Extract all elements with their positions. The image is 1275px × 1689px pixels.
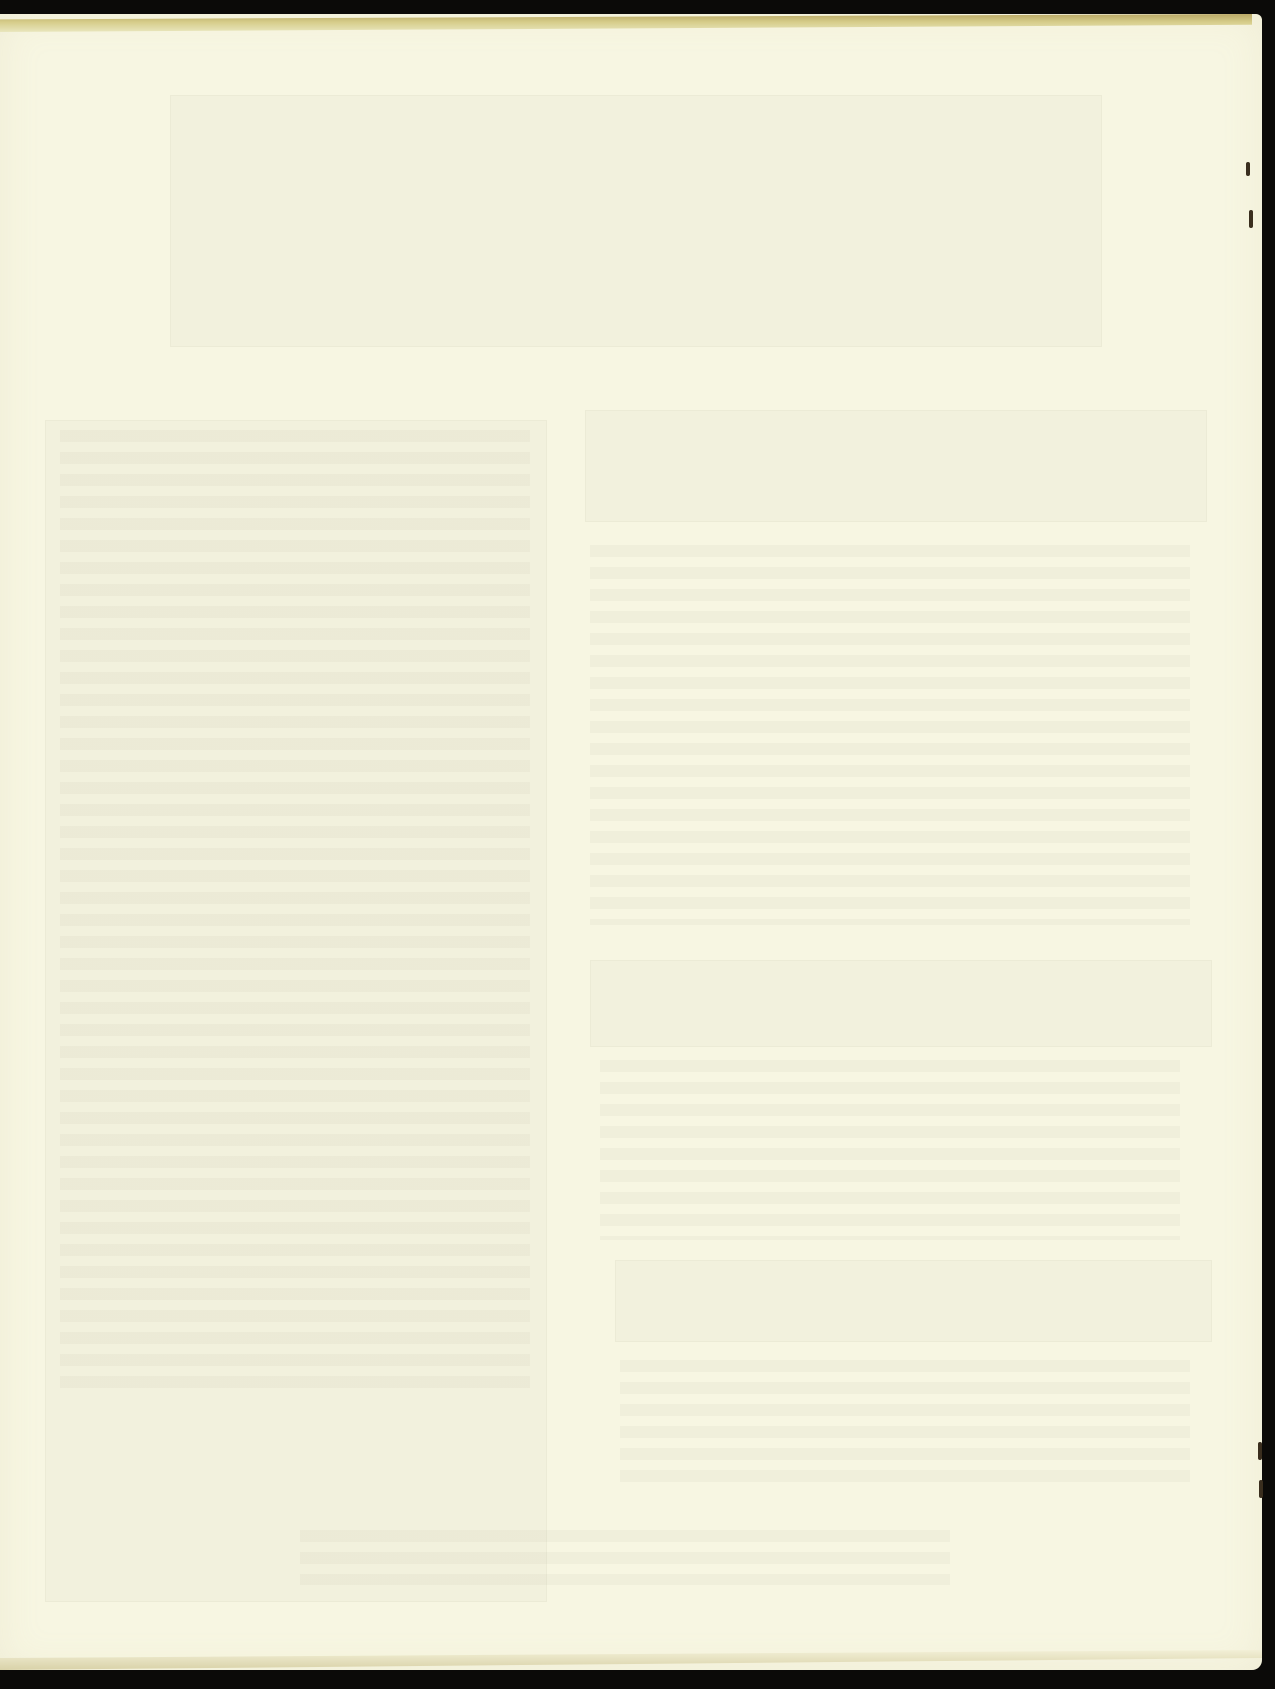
show-through-left-text <box>60 430 530 1390</box>
show-through-right-text-1 <box>590 545 1190 925</box>
show-through-right-header-2 <box>590 960 1212 1047</box>
show-through-right-header-1 <box>585 410 1207 522</box>
show-through-right-text-3 <box>620 1360 1190 1490</box>
binding-mark <box>1246 162 1250 176</box>
binding-mark <box>1249 210 1253 228</box>
show-through-footer <box>300 1530 950 1585</box>
show-through-right-header-3 <box>615 1260 1212 1342</box>
binding-mark <box>1258 1442 1262 1460</box>
show-through-right-text-2 <box>600 1060 1180 1240</box>
binding-mark <box>1259 1480 1263 1498</box>
show-through-masthead <box>170 95 1102 347</box>
